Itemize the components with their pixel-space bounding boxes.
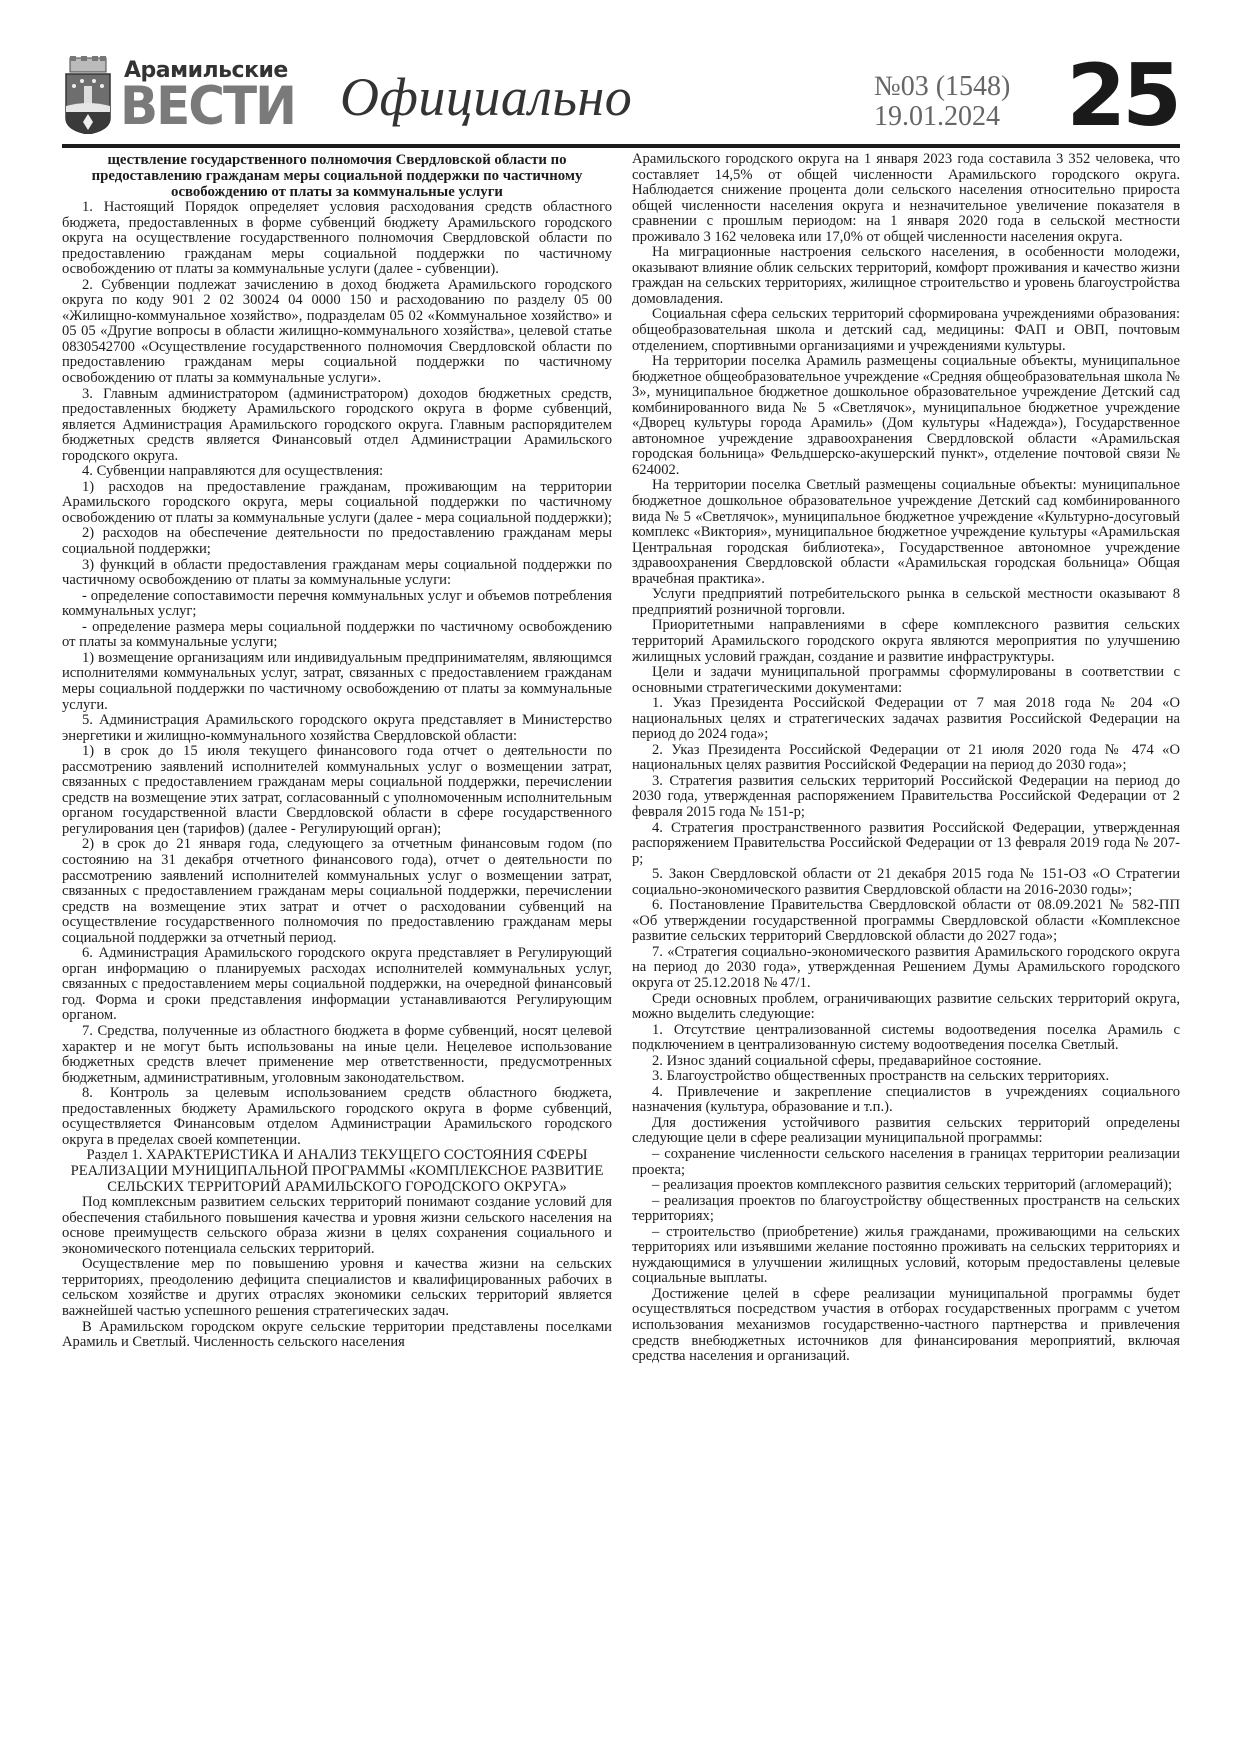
paragraph: 3. Благоустройство общественных простран… (632, 1069, 1180, 1085)
paragraph: Среди основных проблем, ограничивающих р… (632, 992, 1180, 1023)
document-heading: ществление государственного полномочия С… (62, 152, 612, 200)
paragraph: 1. Настоящий Порядок определяет условия … (62, 200, 612, 278)
paragraph: На территории поселка Арамиль размещены … (632, 354, 1180, 478)
paragraph: 4. Субвенции направляются для осуществле… (62, 464, 612, 480)
paragraph: 4. Привлечение и закрепление специалисто… (632, 1085, 1180, 1116)
paragraph: 8. Контроль за целевым использованием ср… (62, 1086, 612, 1148)
paragraph: 4. Стратегия пространственного развития … (632, 821, 1180, 868)
paragraph: Для достижения устойчивого развития сель… (632, 1116, 1180, 1147)
paragraph: 1) в срок до 15 июля текущего финансовог… (62, 744, 612, 837)
issue-date: 19.01.2024 (874, 102, 1010, 132)
paragraph: 1. Указ Президента Российской Федерации … (632, 696, 1180, 743)
issue-number: №03 (1548) (874, 72, 1010, 102)
paragraph: 3. Стратегия развития сельских территори… (632, 774, 1180, 821)
paragraph: Социальная сфера сельских территорий сфо… (632, 307, 1180, 354)
paragraph: 7. «Стратегия социально-экономического р… (632, 945, 1180, 992)
paragraph: На территории поселка Светлый размещены … (632, 478, 1180, 587)
paragraph: 2) в срок до 21 января года, следующего … (62, 837, 612, 946)
paragraph: Под комплексным развитием сельских терри… (62, 1195, 612, 1257)
paragraph: – строительство (приобретение) жилья гра… (632, 1225, 1180, 1287)
paragraph: 3. Главным администратором (администрато… (62, 387, 612, 465)
paragraph: Услуги предприятий потребительского рынк… (632, 587, 1180, 618)
page-header: Арамильские ВЕСТИ Официально №03 (1548) … (62, 52, 1180, 144)
section-heading: Раздел 1. ХАРАКТЕРИСТИКА И АНАЛИЗ ТЕКУЩЕ… (62, 1148, 612, 1195)
newspaper-logo: Арамильские ВЕСТИ (62, 56, 294, 136)
paragraph: Приоритетными направлениями в сфере комп… (632, 618, 1180, 665)
paragraph: 1) расходов на предоставление гражданам,… (62, 480, 612, 527)
paragraph: – реализация проектов комплексного разви… (632, 1178, 1180, 1194)
paragraph: На миграционные настроения сельского нас… (632, 245, 1180, 307)
issue-info: №03 (1548) 19.01.2024 (874, 72, 1010, 132)
left-column: ществление государственного полномочия С… (62, 152, 612, 1351)
paragraph: Осуществление мер по повышению уровня и … (62, 1257, 612, 1319)
paragraph: Достижение целей в сфере реализации муни… (632, 1287, 1180, 1365)
paragraph: 3) функций в области предоставления граж… (62, 558, 612, 589)
paragraph: – реализация проектов по благоустройству… (632, 1194, 1180, 1225)
paragraph: В Арамильском городском округе сельские … (62, 1320, 612, 1351)
paragraph: 5. Администрация Арамильского городского… (62, 713, 612, 744)
right-column: Арамильского городского округа на 1 янва… (632, 152, 1180, 1365)
page-number: 25 (1066, 46, 1178, 146)
paragraph: 6. Постановление Правительства Свердловс… (632, 898, 1180, 945)
paragraph: 2. Указ Президента Российской Федерации … (632, 743, 1180, 774)
paragraph: Цели и задачи муниципальной программы сф… (632, 665, 1180, 696)
paragraph: 2) расходов на обеспечение деятельности … (62, 526, 612, 557)
paragraph: – сохранение численности сельского насел… (632, 1147, 1180, 1178)
paragraph: 6. Администрация Арамильского городского… (62, 946, 612, 1024)
coat-of-arms-icon (62, 56, 114, 134)
paragraph: 1) возмещение организациям или индивидуа… (62, 651, 612, 713)
header-divider (62, 144, 1180, 148)
paragraph-continuation: Арамильского городского округа на 1 янва… (632, 152, 1180, 245)
paragraph: 1. Отсутствие централизованной системы в… (632, 1023, 1180, 1054)
paragraph: 2. Субвенции подлежат зачислению в доход… (62, 278, 612, 387)
paragraph: - определение сопоставимости перечня ком… (62, 589, 612, 620)
paragraph: 2. Износ зданий социальной сферы, предав… (632, 1054, 1180, 1070)
paragraph: 5. Закон Свердловской области от 21 дека… (632, 867, 1180, 898)
section-title: Официально (340, 66, 632, 128)
paragraph: - определение размера меры социальной по… (62, 620, 612, 651)
paragraph: 7. Средства, полученные из областного бю… (62, 1024, 612, 1086)
logo-main-text: ВЕСТИ (120, 77, 295, 136)
